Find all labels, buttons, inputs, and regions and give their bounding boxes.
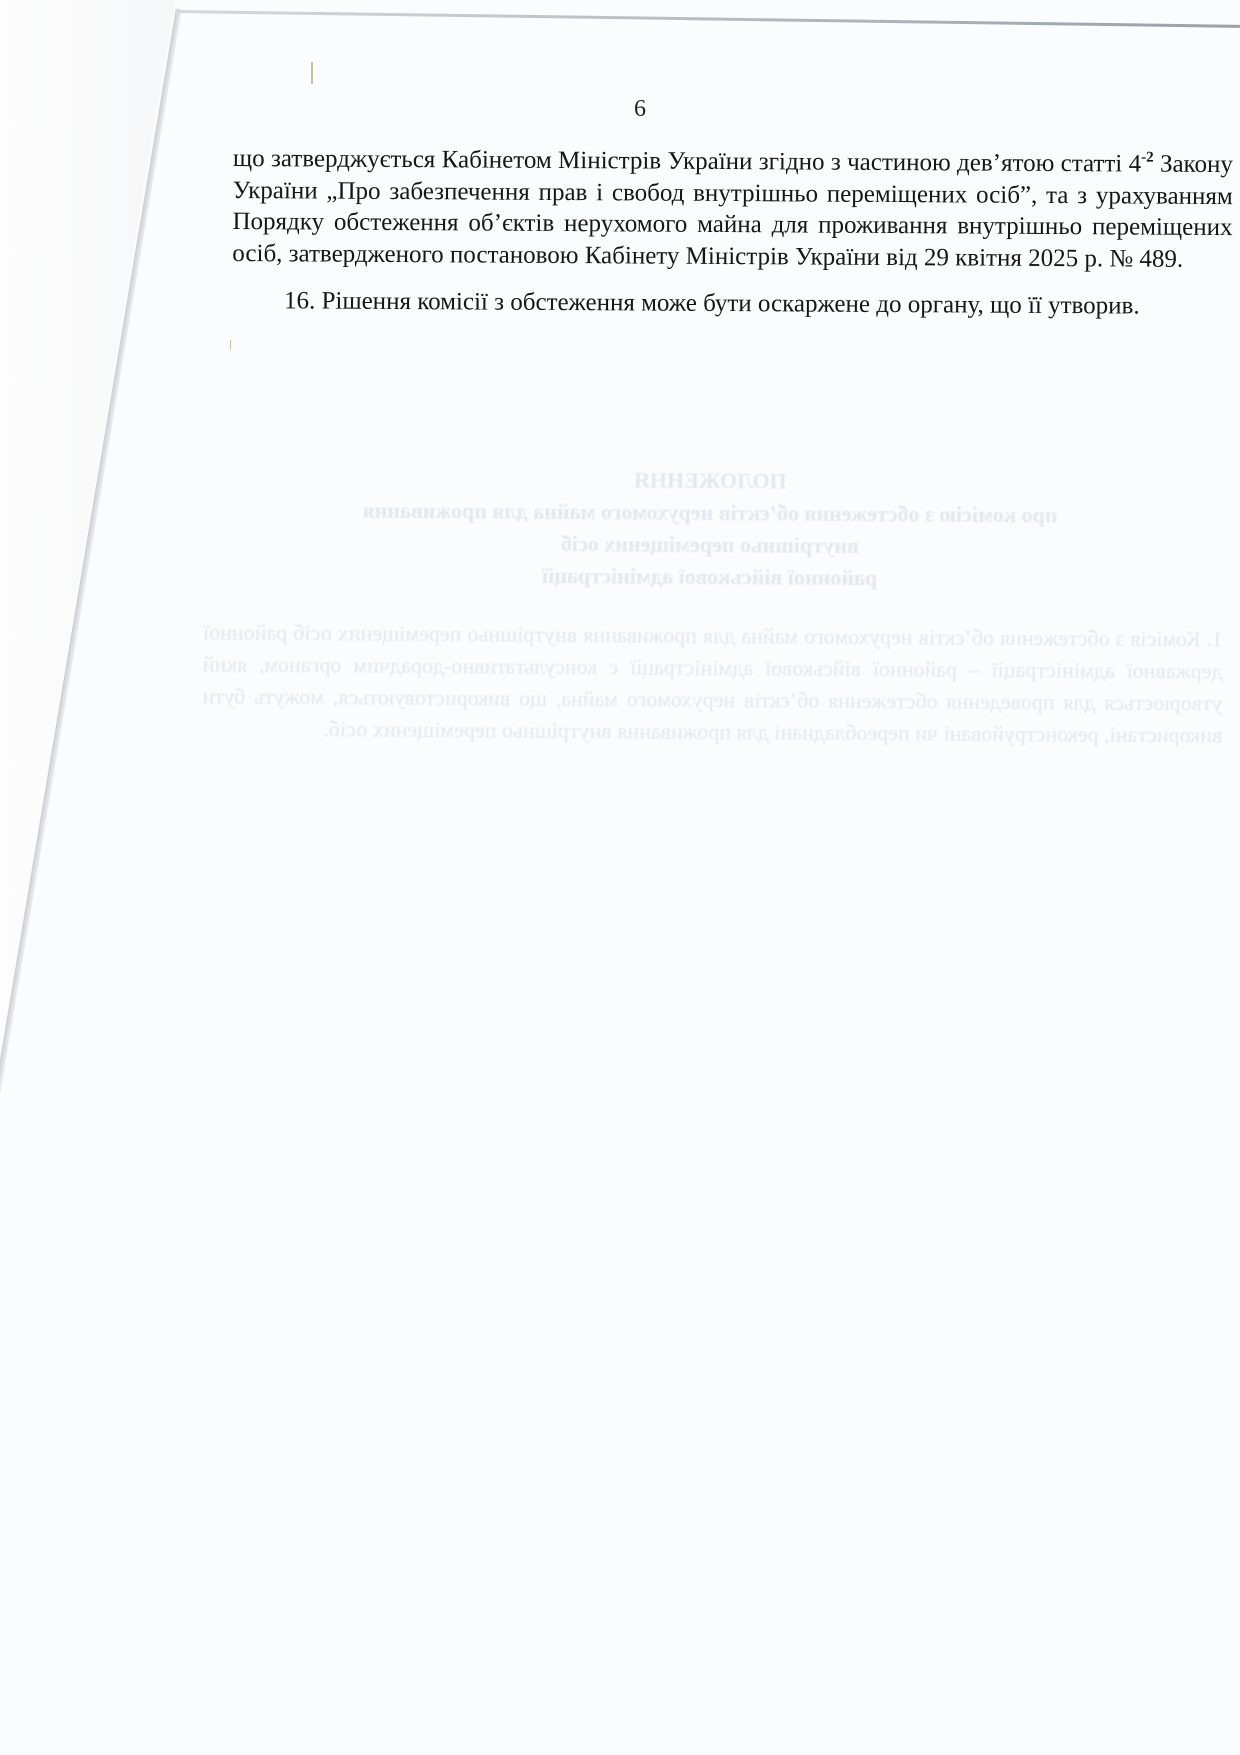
scan-speck <box>311 62 313 84</box>
paragraph-continuation: що затверджується Кабінетом Міністрів Ук… <box>232 143 1233 275</box>
scan-speck <box>230 340 231 350</box>
document-body: що затверджується Кабінетом Міністрів Ук… <box>232 143 1233 323</box>
superscript: -2 <box>1141 150 1154 166</box>
page-number: 6 <box>0 96 1240 123</box>
continuation-text: що затверджується Кабінетом Міністрів Ук… <box>233 145 1141 178</box>
reverse-side-bleed-body: 1. Комісія з обстеження об’єктів нерухом… <box>197 616 1223 1523</box>
reverse-side-bleed-title: ПОЛОЖЕННЯ про комісію з обстеження об’єк… <box>200 461 1221 596</box>
paragraph-16: 16. Рішення комісії з обстеження може бу… <box>232 285 1232 323</box>
